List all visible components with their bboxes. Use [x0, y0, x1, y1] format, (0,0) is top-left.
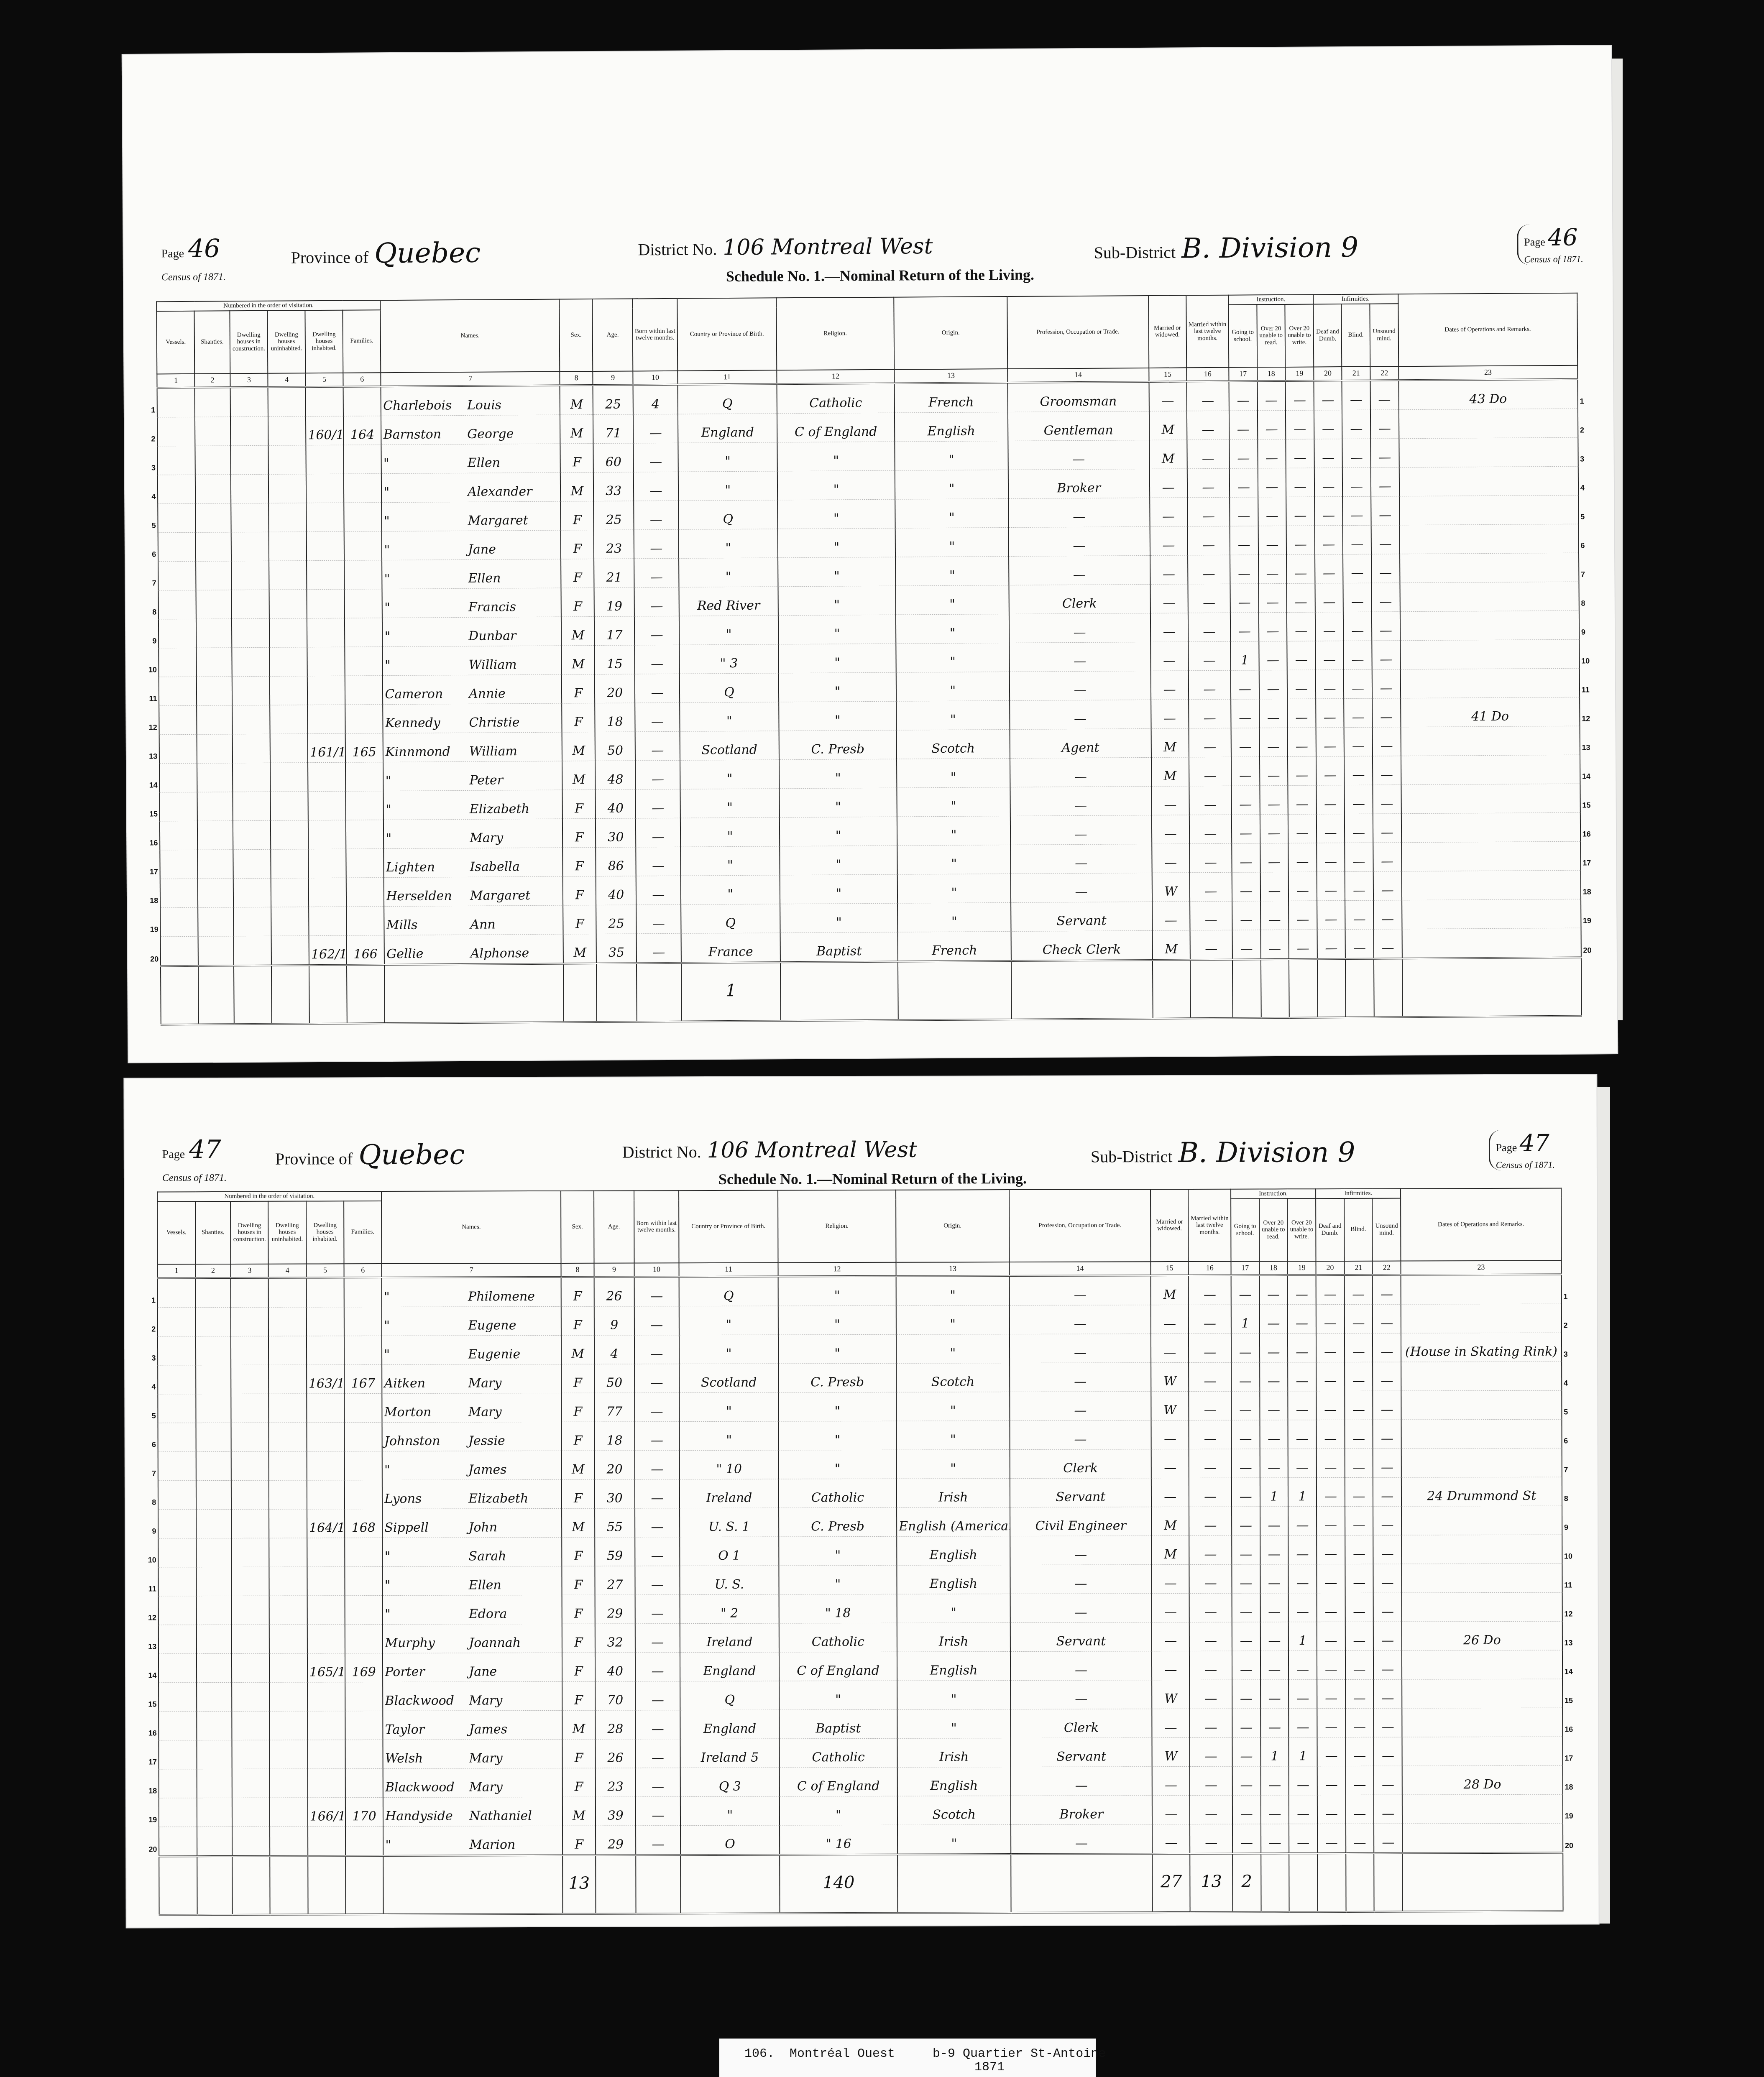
- census-page-47: Page47 Census of 1871. Province ofQuebec…: [124, 1075, 1598, 1927]
- unable-read-cell: —: [1260, 814, 1288, 843]
- dwelling-number: [307, 1740, 345, 1768]
- school-cell: —: [1230, 526, 1258, 554]
- age-cell: 20: [595, 674, 635, 703]
- unsound-mind-cell: —: [1373, 784, 1401, 813]
- construction-cell: [231, 474, 269, 503]
- uninhabited-cell: [271, 907, 309, 936]
- total-blind-cell: [1346, 1853, 1374, 1911]
- family-number: [343, 386, 381, 416]
- blind-cell: —: [1345, 843, 1373, 871]
- unable-read-cell: —: [1259, 728, 1288, 756]
- unsound-mind-cell: —: [1373, 1650, 1402, 1679]
- occupation-cell: —: [1010, 786, 1151, 816]
- origin-cell: English (American struck): [897, 1507, 1010, 1536]
- shanties-cell: [196, 532, 231, 561]
- blind-cell: —: [1343, 612, 1372, 641]
- sex-cell: F: [561, 559, 594, 588]
- construction-cell: [231, 1423, 269, 1451]
- total-origin-cell: [898, 961, 1011, 1020]
- total-occupation-cell: [1011, 1854, 1153, 1913]
- deaf-dumb-cell: —: [1317, 1564, 1345, 1593]
- total-married-12mo-cell: 13: [1190, 1853, 1233, 1912]
- remarks-cell: [1401, 755, 1580, 785]
- blind-cell: —: [1345, 1766, 1374, 1795]
- shanties-cell: [198, 849, 233, 879]
- married-cell: —: [1151, 1478, 1189, 1507]
- line-number: 9: [143, 619, 159, 648]
- surname: ": [385, 1549, 469, 1564]
- unsound-mind-cell: —: [1373, 1420, 1401, 1449]
- family-number: [344, 1422, 382, 1451]
- surname: Murphy: [385, 1635, 469, 1650]
- census-row: 14165/163169PorterJaneF40—EnglandC of En…: [143, 1650, 1581, 1682]
- dwelling-number: [308, 820, 346, 849]
- line-number-right: 12: [1562, 1592, 1581, 1621]
- unable-write-cell: —: [1289, 929, 1317, 959]
- shanties-cell: [198, 907, 234, 936]
- married-cell: —: [1149, 381, 1187, 411]
- dwelling-number: [309, 907, 347, 936]
- married-12mo-cell: —: [1190, 1766, 1232, 1795]
- family-number: [345, 704, 383, 733]
- unable-write-cell: —: [1286, 554, 1315, 583]
- birthplace-cell: ": [680, 817, 780, 846]
- blind-cell: —: [1342, 380, 1370, 410]
- born-12mo-cell: —: [634, 616, 679, 645]
- family-number: [345, 675, 383, 705]
- vessels-cell: [159, 1596, 196, 1625]
- uninhabited-cell: [270, 791, 308, 820]
- uninhabited-cell: [268, 416, 306, 445]
- schedule-title: Schedule No. 1.—Nominal Return of the Li…: [718, 1170, 1027, 1188]
- unable-read-cell: —: [1258, 497, 1286, 526]
- married-12mo-cell: —: [1189, 757, 1232, 786]
- unable-read-cell: —: [1260, 1708, 1289, 1737]
- total-birthplace-cell: 1: [681, 962, 780, 1021]
- married-12mo-cell: —: [1190, 1680, 1232, 1709]
- dwelling-number: [306, 1307, 344, 1336]
- dwelling-number: [307, 705, 345, 734]
- age-cell: 26: [594, 1277, 634, 1306]
- birthplace-cell: France: [681, 932, 780, 963]
- person-name: "Marion: [383, 1826, 562, 1856]
- dwelling-number: 165/163: [307, 1653, 345, 1682]
- unable-write-cell: —: [1286, 526, 1315, 554]
- construction-cell: [231, 1365, 268, 1394]
- born-12mo-cell: —: [635, 674, 680, 703]
- uninhabited-cell: [271, 935, 309, 965]
- unable-write-cell: —: [1288, 756, 1316, 785]
- unable-read-cell: —: [1258, 439, 1286, 468]
- family-number: [344, 531, 382, 560]
- given-name: Jane: [469, 1664, 497, 1679]
- vessels-cell: [159, 705, 197, 735]
- family-number: [345, 1768, 383, 1797]
- line-number-right: 7: [1579, 552, 1598, 581]
- person-name: "Eugene: [382, 1306, 561, 1336]
- remarks-cell: [1399, 437, 1578, 468]
- blind-cell: —: [1345, 1737, 1374, 1766]
- married-cell: —: [1149, 468, 1187, 498]
- unable-read-cell: 1: [1260, 1477, 1288, 1506]
- sex-cell: F: [562, 789, 596, 818]
- unable-read-cell: —: [1258, 468, 1286, 497]
- remarks-cell: [1402, 928, 1581, 958]
- col-header-religion: Religion.: [776, 297, 895, 370]
- shanties-cell: [195, 387, 230, 417]
- unable-write-cell: —: [1288, 727, 1316, 756]
- total-remarks-cell: [1402, 957, 1582, 1017]
- married-cell: W: [1152, 872, 1190, 902]
- married-cell: M: [1151, 728, 1189, 757]
- uninhabited-cell: [269, 647, 307, 676]
- school-cell: —: [1232, 872, 1260, 901]
- blind-cell: —: [1345, 1593, 1373, 1622]
- sex-cell: F: [562, 818, 596, 847]
- line-number-right: 6: [1578, 524, 1598, 552]
- birthplace-cell: ": [680, 759, 779, 789]
- unable-read-cell: —: [1258, 583, 1287, 612]
- census-row: 1"PhilomeneF26—Q""—M———————1: [142, 1274, 1580, 1308]
- vessels-cell: [158, 1451, 196, 1480]
- occupation-cell: Servant: [1010, 1737, 1152, 1767]
- unable-write-cell: —: [1288, 1391, 1317, 1420]
- page-number-right: Page 46Census of 1871.: [1517, 224, 1583, 265]
- census-row: 18BlackwoodMaryF23—Q 3C of EnglandEnglis…: [143, 1765, 1582, 1798]
- total-remarks-cell: [1402, 1852, 1563, 1911]
- school-cell: —: [1231, 1275, 1260, 1305]
- occupation-cell: —: [1010, 844, 1152, 874]
- vessels-cell: [158, 1365, 195, 1394]
- origin-cell: ": [895, 498, 1008, 528]
- religion-cell: ": [778, 586, 896, 616]
- given-name: Peter: [469, 773, 503, 787]
- uninhabited-cell: [270, 1768, 307, 1797]
- unable-write-cell: —: [1288, 871, 1317, 900]
- person-name: MillsAnn: [384, 905, 563, 935]
- province-field: Province ofQuebec: [291, 237, 481, 270]
- page-header: Page46 Census of 1871. Province ofQuebec…: [123, 209, 1613, 301]
- married-cell: —: [1150, 526, 1188, 555]
- line-number-right: 8: [1579, 581, 1598, 610]
- col-header-sex: Sex.: [560, 299, 593, 371]
- unable-read-cell: —: [1257, 381, 1286, 410]
- school-cell: —: [1231, 699, 1259, 728]
- family-number: [344, 1277, 382, 1307]
- given-name: Alexander: [468, 484, 532, 499]
- vessels-cell: [158, 503, 196, 533]
- born-12mo-cell: —: [634, 645, 679, 674]
- blind-cell: —: [1345, 1622, 1374, 1650]
- deaf-dumb-cell: —: [1317, 1766, 1346, 1795]
- religion-cell: ": [778, 644, 896, 673]
- religion-cell: ": [779, 1450, 897, 1479]
- origin-cell: Scotch: [897, 1796, 1011, 1825]
- census-row: 9164/162168SippellJohnM55—U. S. 1C. Pres…: [142, 1505, 1581, 1538]
- total-construction-cell: [234, 965, 272, 1024]
- school-cell: —: [1232, 1564, 1260, 1593]
- line-number: 18: [143, 1769, 159, 1798]
- surname: ": [385, 657, 469, 672]
- given-name: Isabella: [470, 859, 520, 874]
- married-12mo-cell: —: [1187, 439, 1230, 469]
- line-number: 1: [142, 1278, 158, 1308]
- given-name: Louis: [467, 398, 502, 413]
- remarks-cell: [1400, 639, 1579, 669]
- married-cell: M: [1151, 1535, 1189, 1564]
- shanties-cell: [196, 1336, 231, 1365]
- age-cell: 23: [594, 529, 634, 559]
- family-number: [345, 618, 383, 647]
- line-number: 15: [143, 792, 160, 821]
- unable-write-cell: —: [1288, 814, 1317, 843]
- married-cell: W: [1152, 1680, 1189, 1709]
- origin-cell: ": [897, 758, 1010, 788]
- birthplace-cell: England: [680, 1710, 779, 1739]
- census-row: 15BlackwoodMaryF70—Q""—W———————15: [143, 1678, 1581, 1711]
- school-cell: 1: [1231, 1305, 1260, 1334]
- line-number: 7: [142, 561, 159, 590]
- group-header-infirmities: Infirmities.: [1316, 1189, 1401, 1198]
- uninhabited-cell: [269, 1364, 307, 1393]
- construction-cell: [231, 1480, 269, 1509]
- vessels-cell: [158, 475, 196, 504]
- born-12mo-cell: —: [633, 443, 678, 472]
- married-cell: —: [1151, 815, 1189, 844]
- sex-cell: M: [562, 732, 595, 761]
- blind-cell: —: [1343, 583, 1372, 612]
- religion-cell: ": [778, 1392, 896, 1421]
- shanties-cell: [196, 1625, 232, 1653]
- dwelling-number: [307, 560, 345, 590]
- sex-cell: M: [562, 761, 595, 789]
- school-cell: —: [1230, 468, 1258, 497]
- construction-cell: [232, 1827, 270, 1856]
- surname: Barnston: [383, 427, 468, 442]
- occupation-cell: Clerk: [1009, 584, 1150, 614]
- total-occupation-cell: [1011, 960, 1153, 1019]
- line-number: 9: [142, 1509, 159, 1538]
- census-row: 11"EllenF27—U. S."English—————————11: [142, 1563, 1581, 1596]
- surname: Lyons: [384, 1491, 468, 1506]
- uninhabited-cell: [269, 1480, 307, 1509]
- person-name: HandysideNathaniel: [383, 1797, 562, 1826]
- dwelling-number: [307, 1422, 344, 1451]
- line-number-right: 16: [1580, 812, 1599, 841]
- blind-cell: —: [1343, 496, 1371, 525]
- school-cell: —: [1229, 439, 1258, 468]
- deaf-dumb-cell: —: [1317, 1708, 1345, 1737]
- totals-row: 1: [145, 957, 1600, 1024]
- unable-write-cell: —: [1287, 583, 1315, 612]
- unable-read-cell: —: [1260, 1795, 1289, 1824]
- born-12mo-cell: —: [634, 1421, 679, 1450]
- family-number: [344, 502, 382, 531]
- married-cell: —: [1150, 497, 1188, 526]
- person-name: "James: [382, 1451, 562, 1480]
- shanties-cell: [197, 763, 233, 792]
- birthplace-cell: Q: [681, 904, 780, 933]
- shanties-cell: [197, 1798, 232, 1827]
- occupation-cell: —: [1009, 613, 1150, 643]
- col-header-names: Names.: [381, 1191, 561, 1264]
- remarks-cell: [1401, 812, 1580, 843]
- shanties-cell: [196, 618, 232, 648]
- col-header-vessels: Vessels.: [157, 311, 195, 374]
- birthplace-cell: Ireland 5: [680, 1739, 779, 1768]
- shanties-cell: [197, 647, 232, 677]
- shanties-cell: [197, 1711, 232, 1740]
- shanties-cell: [196, 1596, 232, 1625]
- unsound-mind-cell: —: [1372, 669, 1401, 698]
- uninhabited-cell: [269, 560, 307, 590]
- construction-cell: [231, 1307, 268, 1336]
- person-name: "Sarah: [382, 1537, 562, 1566]
- birthplace-cell: " 2: [680, 1594, 779, 1624]
- person-name: HerseldenMargaret: [384, 876, 563, 906]
- dwelling-number: [307, 676, 345, 705]
- uninhabited-cell: [269, 1624, 307, 1653]
- born-12mo-cell: —: [635, 1681, 680, 1710]
- school-cell: —: [1232, 1824, 1261, 1854]
- religion-cell: C. Presb: [779, 1507, 897, 1537]
- shanties-cell: [195, 1307, 231, 1336]
- religion-cell: ": [779, 788, 897, 818]
- dwelling-number: [307, 1682, 345, 1711]
- given-name: Mary: [469, 1693, 502, 1708]
- col-header-blind: Blind.: [1342, 304, 1370, 366]
- shanties-cell: [198, 878, 233, 907]
- unable-write-cell: —: [1288, 843, 1317, 871]
- col-header-dwellings-uninhabited: Dwelling houses uninhabited.: [267, 310, 305, 373]
- label-location: 106. Montréal Ouest b-9 Quartier St-Anto…: [744, 2047, 1106, 2061]
- blind-cell: —: [1345, 871, 1373, 900]
- vessels-cell: [160, 907, 198, 937]
- married-12mo-cell: —: [1190, 901, 1232, 930]
- uninhabited-cell: [268, 1277, 306, 1307]
- deaf-dumb-cell: —: [1317, 1650, 1345, 1679]
- line-number: 5: [142, 1394, 158, 1423]
- age-cell: 40: [596, 789, 636, 818]
- born-12mo-cell: —: [635, 1768, 680, 1796]
- unable-read-cell: —: [1261, 1824, 1289, 1853]
- sex-cell: M: [562, 1451, 595, 1479]
- given-name: Mary: [469, 1751, 503, 1765]
- unable-write-cell: —: [1288, 1275, 1316, 1305]
- shanties-cell: [197, 1682, 232, 1711]
- dwelling-number: 163/161: [307, 1364, 344, 1393]
- unsound-mind-cell: —: [1373, 1477, 1401, 1506]
- uninhabited-cell: [268, 1336, 306, 1364]
- given-name: Edora: [469, 1607, 507, 1621]
- surname: ": [386, 802, 470, 817]
- occupation-cell: Agent: [1010, 728, 1151, 758]
- col-header-unsound-mind: Unsound mind.: [1373, 1198, 1401, 1261]
- unable-read-cell: —: [1260, 930, 1289, 959]
- birthplace-cell: Scotland: [680, 731, 779, 760]
- person-name: AitkenMary: [382, 1364, 561, 1393]
- dwelling-number: [308, 791, 346, 820]
- uninhabited-cell: [269, 1451, 307, 1480]
- origin-cell: English: [895, 412, 1008, 442]
- unable-write-cell: —: [1287, 641, 1316, 669]
- religion-cell: ": [777, 470, 895, 500]
- occupation-cell: Servant: [1010, 1478, 1152, 1507]
- remarks-cell: [1401, 1448, 1562, 1477]
- origin-cell: ": [895, 527, 1009, 557]
- uninhabited-cell: [269, 1509, 307, 1538]
- total-uninhabited-cell: [270, 1856, 308, 1914]
- married-cell: —: [1150, 584, 1188, 613]
- given-name: Ann: [470, 917, 496, 932]
- vessels-cell: [160, 879, 198, 908]
- deaf-dumb-cell: —: [1314, 496, 1343, 525]
- married-cell: M: [1152, 930, 1190, 960]
- construction-cell: [232, 1740, 270, 1769]
- total-line-number-right: [1581, 957, 1600, 1016]
- given-name: Alphonse: [470, 945, 529, 961]
- uninhabited-cell: [269, 1538, 307, 1566]
- married-cell: —: [1152, 1795, 1190, 1824]
- subdistrict-field: Sub-DistrictB. Division 9: [1091, 1136, 1355, 1169]
- surname: ": [385, 1837, 469, 1852]
- born-12mo-cell: —: [635, 1739, 680, 1768]
- uninhabited-cell: [268, 503, 307, 532]
- school-cell: —: [1232, 1449, 1260, 1478]
- occupation-cell: —: [1010, 1564, 1152, 1594]
- birthplace-cell: Red River: [679, 586, 778, 616]
- construction-cell: [232, 1769, 270, 1798]
- vessels-cell: [160, 792, 198, 821]
- uninhabited-cell: [268, 387, 306, 416]
- construction-cell: [233, 763, 271, 792]
- census-row: 3"EugenieM4—"""—————————(House in Skatin…: [142, 1332, 1580, 1365]
- origin-cell: ": [897, 845, 1011, 874]
- unable-read-cell: —: [1258, 410, 1286, 439]
- line-number-right: 19: [1581, 899, 1600, 927]
- birthplace-cell: U. S.: [680, 1566, 779, 1595]
- sex-cell: F: [562, 1681, 595, 1710]
- age-cell: 77: [594, 1392, 634, 1421]
- origin-cell: ": [896, 672, 1010, 701]
- census-row: 5MortonMaryF77—"""—W———————5: [142, 1390, 1580, 1423]
- school-cell: —: [1232, 1507, 1260, 1535]
- dwelling-number: 166/164: [308, 1797, 345, 1826]
- deaf-dumb-cell: —: [1316, 1275, 1345, 1304]
- line-number-right: 3: [1562, 1332, 1580, 1361]
- line-number: 3: [141, 446, 158, 475]
- age-cell: 17: [594, 616, 634, 645]
- married-12mo-cell: —: [1189, 872, 1232, 902]
- page-number-right: Page 47Census of 1871.: [1488, 1130, 1554, 1170]
- religion-cell: C of England: [780, 1767, 897, 1796]
- person-name: "Philomene: [382, 1277, 561, 1307]
- sex-cell: F: [561, 530, 594, 559]
- line-number: 4: [142, 1365, 158, 1394]
- col-header-dwellings-construction: Dwelling houses in construction.: [230, 310, 268, 373]
- vessels-cell: [158, 561, 196, 590]
- remarks-cell: [1401, 1390, 1562, 1420]
- family-number: [345, 1624, 383, 1653]
- given-name: Ellen: [469, 1578, 501, 1592]
- birthplace-cell: England: [678, 413, 777, 442]
- married-cell: M: [1149, 411, 1187, 440]
- sex-cell: F: [563, 905, 596, 934]
- age-cell: 20: [595, 1450, 635, 1479]
- col-header-origin: Origin.: [894, 296, 1007, 369]
- province-field: Province ofQuebec: [275, 1138, 465, 1171]
- dwelling-number: [307, 1451, 344, 1480]
